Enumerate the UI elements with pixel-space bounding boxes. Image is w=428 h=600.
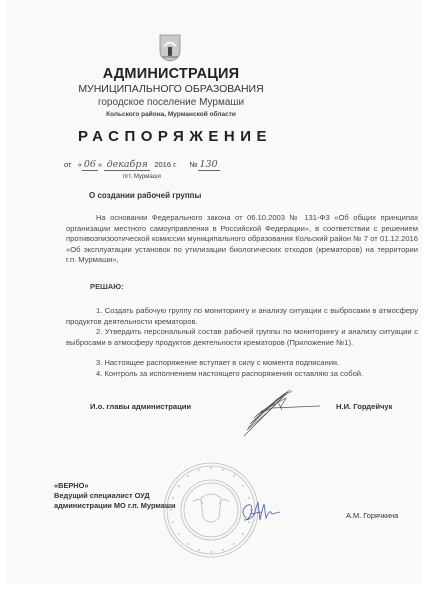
scanned-page: АДМИНИСТРАЦИЯ МУНИЦИПАЛЬНОГО ОБРАЗОВАНИЯ… xyxy=(6,0,422,583)
date-month: декабря xyxy=(104,159,150,171)
signature-icon xyxy=(242,388,322,438)
signatory-role: И.о. главы администрации xyxy=(90,402,191,411)
org-settlement: городское поселение Мурмаши xyxy=(6,97,336,108)
signatory-name: Н.И. Гордейчук xyxy=(336,402,392,411)
date-prefix: от xyxy=(64,160,71,169)
resolution-item-1: 1. Создать рабочую группу по мониторингу… xyxy=(66,306,418,327)
certifier-position-line1: Ведущий специалист ОУД xyxy=(54,491,214,501)
org-name: АДМИНИСТРАЦИЯ xyxy=(6,66,336,82)
org-type: МУНИЦИПАЛЬНОГО ОБРАЗОВАНИЯ xyxy=(6,83,336,95)
date-day: 06 xyxy=(82,159,98,171)
resolution-item-3: 3. Настоящее распоряжение вступает в сил… xyxy=(66,358,418,369)
date-line: от «06» декабря 2016 г. №130 xyxy=(64,159,220,171)
number-label: № xyxy=(190,160,198,169)
date-year: 2016 г. xyxy=(154,160,177,169)
certification-block: «ВЕРНО» Ведущий специалист ОУД администр… xyxy=(54,481,214,511)
date-close-quote: » xyxy=(98,160,102,169)
org-region: Кольского района, Мурманской области xyxy=(6,111,336,118)
certifier-name: А.М. Горячкина xyxy=(346,511,398,520)
document-type-title: РАСПОРЯЖЕНИЕ xyxy=(78,128,272,145)
resolution-item-2: 2. Утвердить персональный состав рабочей… xyxy=(66,327,418,348)
document-number: 130 xyxy=(198,159,220,171)
certifier-signature-icon xyxy=(240,500,284,524)
certifier-position-line2: администрации МО г.п. Мурмаши xyxy=(54,501,214,511)
resolve-label: РЕШАЮ: xyxy=(90,282,124,291)
document-subject: О создании рабочей группы xyxy=(89,191,201,200)
resolution-item-4: 4. Контроль за исполнением настоящего ра… xyxy=(66,369,418,380)
certification-mark: «ВЕРНО» xyxy=(54,481,214,491)
coat-of-arms-icon xyxy=(159,34,181,62)
preamble-paragraph: На основании Федерального закона от 06.1… xyxy=(66,213,418,266)
place-of-issue: пгт. Мурмаши xyxy=(123,174,161,180)
